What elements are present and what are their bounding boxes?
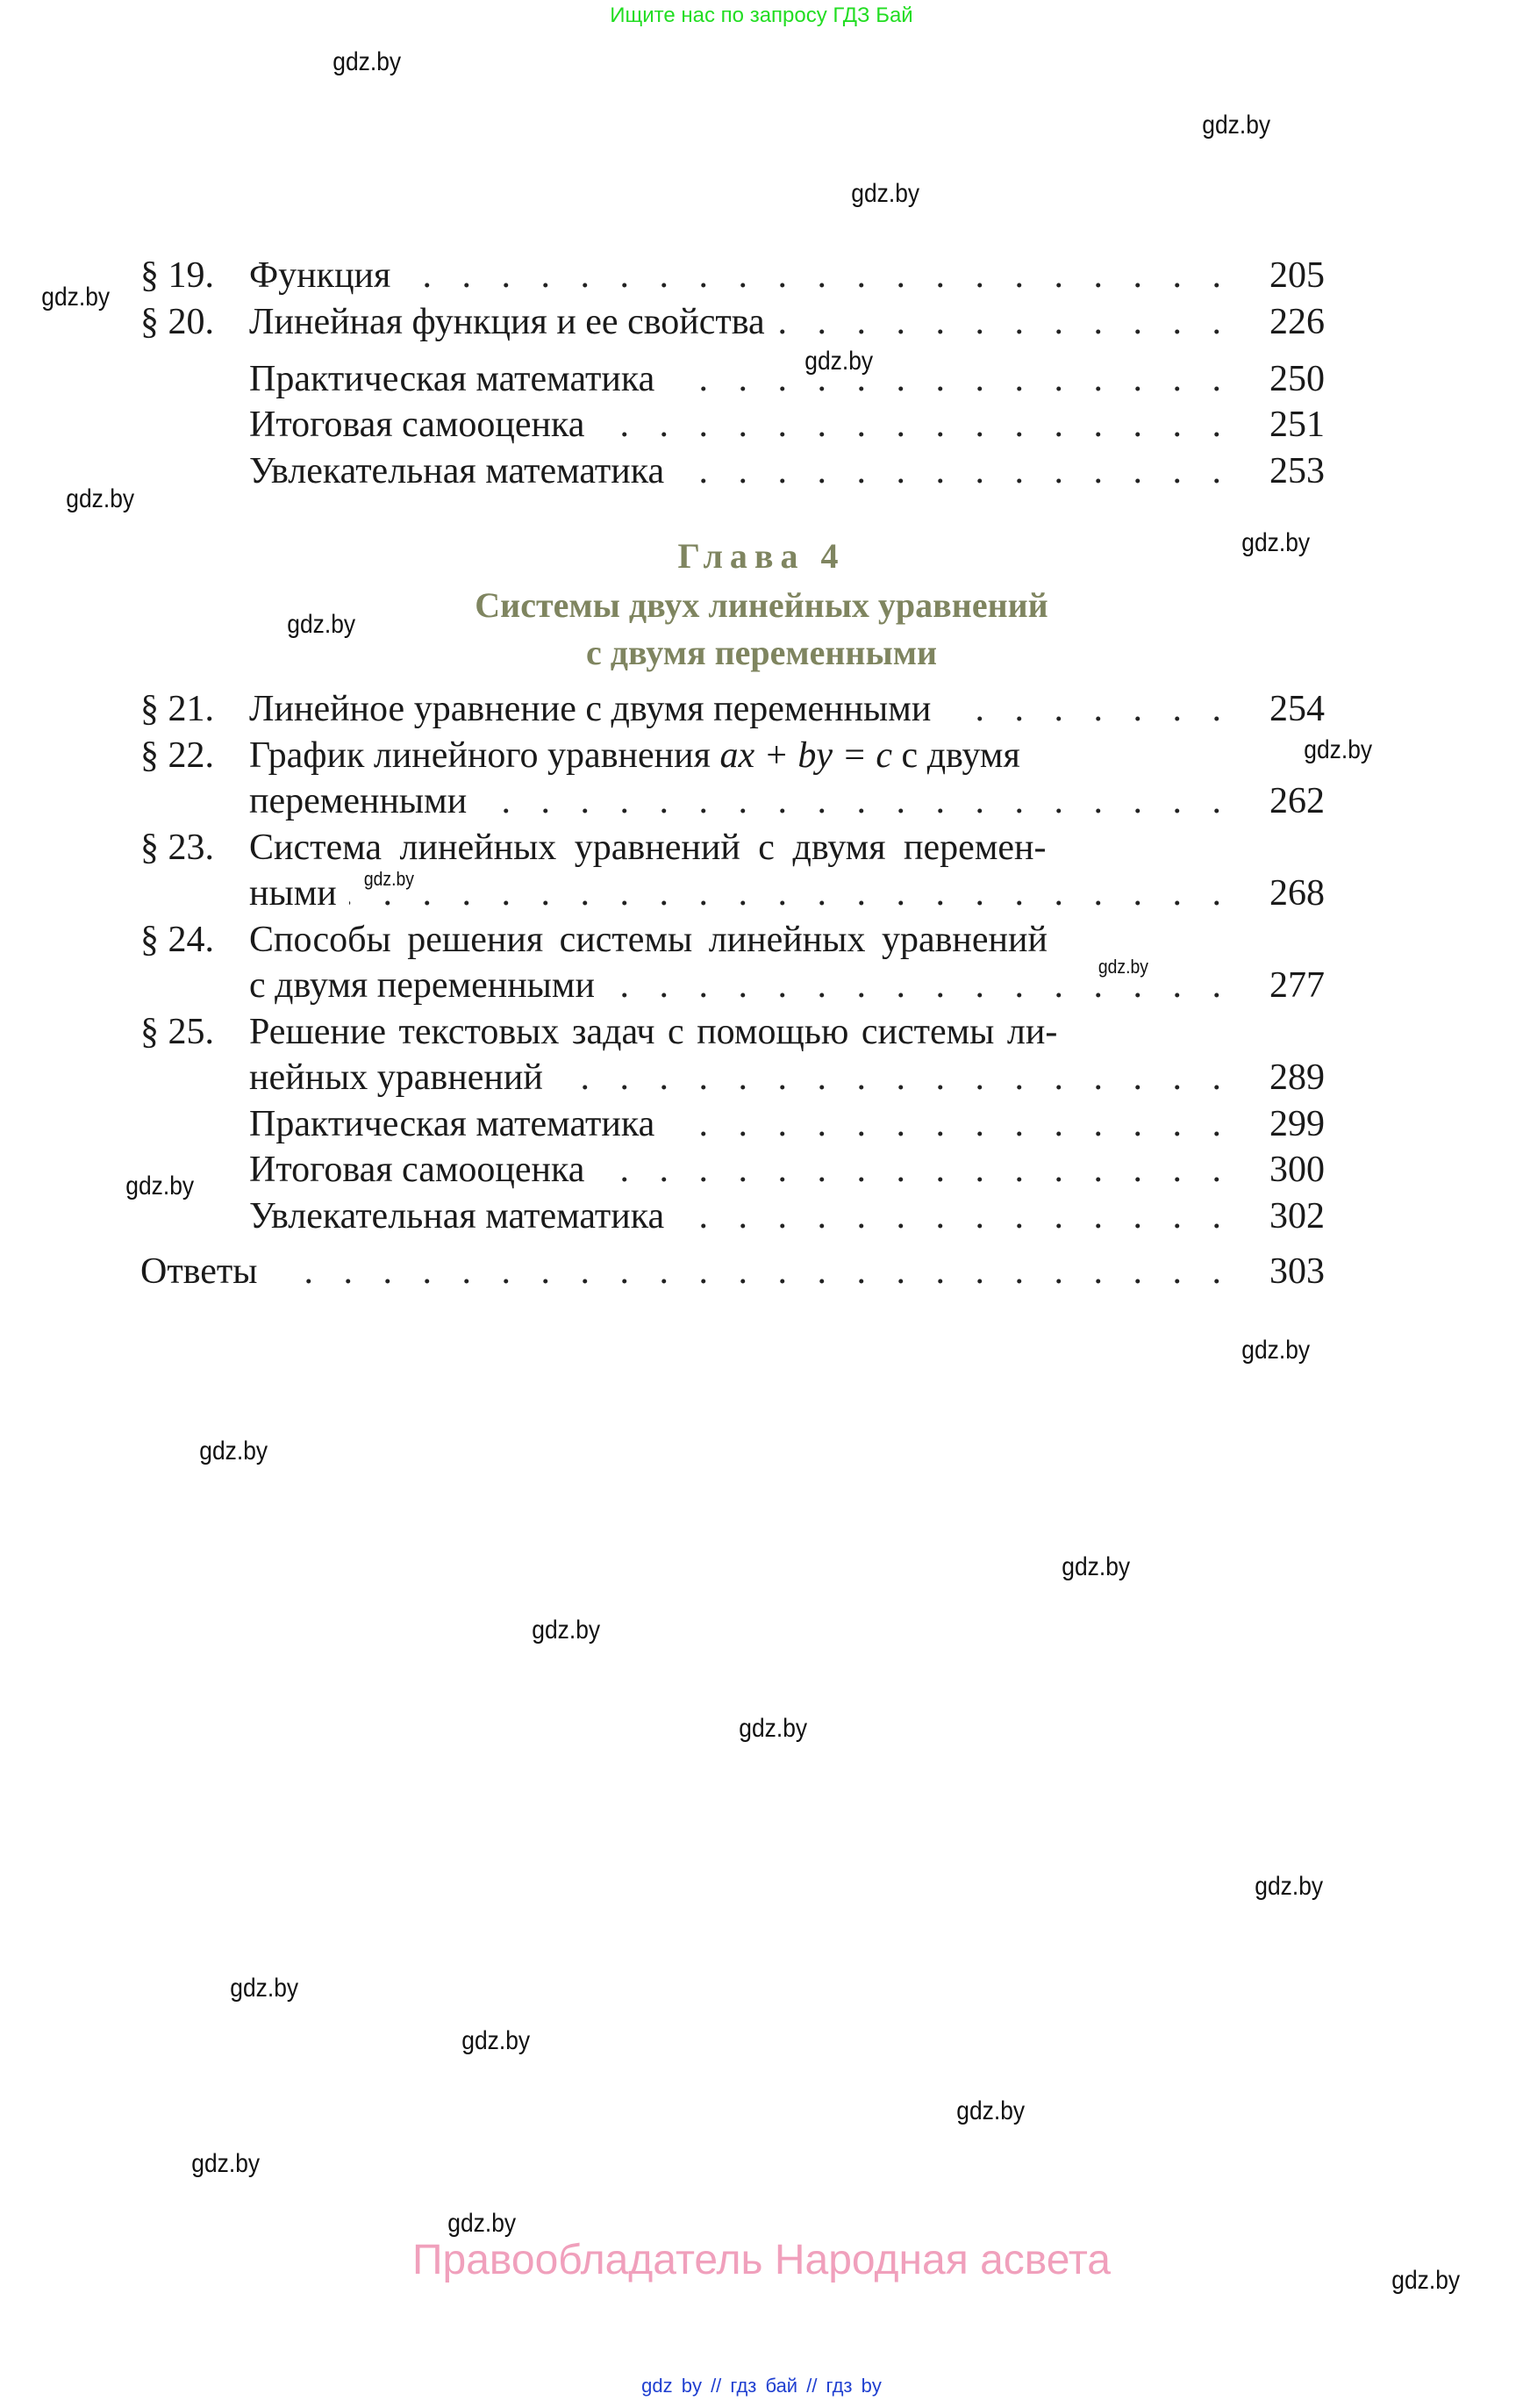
watermark: gdz.by xyxy=(1062,1552,1130,1582)
paragraph-number: § 20. xyxy=(140,301,249,343)
leader-dots: . . . . . . . . . . . . . . . . . . . . … xyxy=(676,1195,1232,1237)
leader-dots: . . . . . . . . . . . . . . . . . . . . … xyxy=(667,358,1232,400)
watermark: gdz.by xyxy=(1241,1336,1310,1365)
chapter-title-line-1: Системы двух линейных уравнений xyxy=(0,584,1523,626)
watermark: gdz.by xyxy=(1098,956,1148,978)
toc-entry-self-assessment-1[interactable]: Итоговая самооценка . . . . . . . . . . … xyxy=(140,404,1325,449)
page-number: 300 xyxy=(1244,1149,1325,1191)
entry-title: Решение текстовых задач с помощью систем… xyxy=(249,1011,1057,1053)
entry-title: Практическая математика xyxy=(249,1103,654,1145)
watermark: gdz.by xyxy=(199,1437,268,1466)
paragraph-number: § 23. xyxy=(140,827,249,869)
watermark: gdz.by xyxy=(739,1714,807,1744)
entry-title: Способы решения системы линейных уравнен… xyxy=(249,919,1048,961)
page-number: 226 xyxy=(1244,301,1325,343)
watermark: gdz.by xyxy=(851,179,919,209)
watermark: gdz.by xyxy=(532,1616,600,1645)
leader-dots: . . . . . . . . . . . . . . . . . . . . … xyxy=(555,1057,1232,1099)
toc-entry-fun-math-1[interactable]: Увлекательная математика . . . . . . . .… xyxy=(140,450,1325,496)
page-number: 302 xyxy=(1244,1195,1325,1237)
page-number: 303 xyxy=(1244,1251,1325,1293)
page-number: 268 xyxy=(1244,872,1325,914)
watermark: gdz.by xyxy=(191,2149,260,2179)
toc-entry-25-line-1[interactable]: § 25. Решение текстовых задач с помощью … xyxy=(140,1011,1325,1057)
rights-holder-notice: Правообладатель Народная асвета xyxy=(0,2236,1523,2284)
title-text: с двумя xyxy=(892,735,1020,776)
entry-title-cont: ными xyxy=(249,872,337,914)
page-number: 262 xyxy=(1244,780,1325,822)
entry-title: Линейная функция и ее свойства xyxy=(249,301,765,343)
watermark: gdz.by xyxy=(332,47,401,77)
leader-dots: . . . . . . . . . . . . . . . . . . . . … xyxy=(290,1251,1233,1293)
leader-dots: . . . . . . . . . . . . . . . . . . . . … xyxy=(777,301,1232,343)
watermark: gdz.by xyxy=(230,1974,298,2003)
watermark: gdz.by xyxy=(287,610,355,640)
toc-entry-23-line-1[interactable]: § 23. Система линейных уравнений с двумя… xyxy=(140,827,1325,872)
paragraph-number: § 19. xyxy=(140,254,249,297)
formula: ax + by = c xyxy=(719,735,892,776)
entry-title: Ответы xyxy=(140,1251,258,1293)
entry-title: Практическая математика xyxy=(249,358,654,400)
toc-entry-22-line-2[interactable]: переменными . . . . . . . . . . . . . . … xyxy=(140,780,1325,826)
entry-title: Линейное уравнение с двумя переменными xyxy=(249,688,931,730)
toc-entry-19[interactable]: § 19. Функция . . . . . . . . . . . . . … xyxy=(140,254,1325,300)
toc-entry-21[interactable]: § 21. Линейное уравнение с двумя перемен… xyxy=(140,688,1325,734)
search-banner: Ищите нас по запросу ГДЗ Бай xyxy=(0,4,1523,28)
toc-entry-23-line-2[interactable]: ными . . . . . . . . . . . . . . . . . .… xyxy=(140,872,1325,918)
toc-entry-self-assessment-2[interactable]: Итоговая самооценка . . . . . . . . . . … xyxy=(140,1149,1325,1194)
page-number: 289 xyxy=(1244,1057,1325,1099)
entry-title: График линейного уравнения ax + by = c с… xyxy=(249,735,1020,777)
leader-dots: . . . . . . . . . . . . . . . . . . . . … xyxy=(943,688,1232,730)
entry-title: Функция xyxy=(249,254,390,297)
watermark: gdz.by xyxy=(41,283,110,312)
watermark: gdz.by xyxy=(1202,111,1270,140)
watermark: gdz.by xyxy=(66,484,134,514)
leader-dots: . . . . . . . . . . . . . . . . . . . . … xyxy=(676,450,1232,492)
page-number: 299 xyxy=(1244,1103,1325,1145)
page-number: 254 xyxy=(1244,688,1325,730)
page-number: 205 xyxy=(1244,254,1325,297)
page-number: 250 xyxy=(1244,358,1325,400)
paragraph-number: § 22. xyxy=(140,735,249,777)
toc-entry-fun-math-2[interactable]: Увлекательная математика . . . . . . . .… xyxy=(140,1195,1325,1241)
leader-dots: . . . . . . . . . . . . . . . . . . . . … xyxy=(597,1149,1232,1191)
watermark: gdz.by xyxy=(1241,528,1310,558)
entry-title: Система линейных уравнений с двумя перем… xyxy=(249,827,1047,869)
watermark: gdz.by xyxy=(447,2209,516,2239)
entry-title-cont: с двумя переменными xyxy=(249,964,595,1007)
paragraph-number: § 25. xyxy=(140,1011,249,1053)
watermark: gdz.by xyxy=(364,868,414,891)
entry-title: Увлекательная математика xyxy=(249,450,664,492)
site-links[interactable]: gdz by // гдз бай // гдз by xyxy=(0,2375,1523,2397)
toc-entry-answers[interactable]: Ответы . . . . . . . . . . . . . . . . .… xyxy=(140,1251,1325,1296)
title-text: График линейного уравнения xyxy=(249,735,719,776)
leader-dots: . . . . . . . . . . . . . . . . . . . . … xyxy=(667,1103,1232,1145)
page-number: 277 xyxy=(1244,964,1325,1007)
leader-dots: . . . . . . . . . . . . . . . . . . . . … xyxy=(597,404,1232,446)
leader-dots: . . . . . . . . . . . . . . . . . . . . … xyxy=(403,254,1232,297)
leader-dots: . . . . . . . . . . . . . . . . . . . . … xyxy=(349,872,1232,914)
entry-title: Увлекательная математика xyxy=(249,1195,664,1237)
entry-title-cont: нейных уравнений xyxy=(249,1057,543,1099)
paragraph-number: § 24. xyxy=(140,919,249,961)
watermark: gdz.by xyxy=(461,2026,530,2056)
toc-entry-22-line-1[interactable]: § 22. График линейного уравнения ax + by… xyxy=(140,735,1325,780)
watermark: gdz.by xyxy=(956,2096,1025,2126)
leader-dots: . . . . . . . . . . . . . . . . . . . . … xyxy=(479,780,1232,822)
chapter-title-line-2: с двумя переменными xyxy=(0,632,1523,673)
entry-title: Итоговая самооценка xyxy=(249,404,584,446)
entry-title: Итоговая самооценка xyxy=(249,1149,584,1191)
paragraph-number: § 21. xyxy=(140,688,249,730)
entry-title-cont: переменными xyxy=(249,780,467,822)
watermark: gdz.by xyxy=(804,347,873,376)
watermark: gdz.by xyxy=(125,1172,194,1201)
page-number: 253 xyxy=(1244,450,1325,492)
watermark: gdz.by xyxy=(1255,1872,1323,1902)
toc-entry-25-line-2[interactable]: нейных уравнений . . . . . . . . . . . .… xyxy=(140,1057,1325,1102)
watermark: gdz.by xyxy=(1304,735,1372,765)
toc-entry-20[interactable]: § 20. Линейная функция и ее свойства . .… xyxy=(140,301,1325,347)
page-number: 251 xyxy=(1244,404,1325,446)
toc-entry-practical-math-2[interactable]: Практическая математика . . . . . . . . … xyxy=(140,1103,1325,1149)
toc-entry-practical-math-1[interactable]: Практическая математика . . . . . . . . … xyxy=(140,358,1325,404)
